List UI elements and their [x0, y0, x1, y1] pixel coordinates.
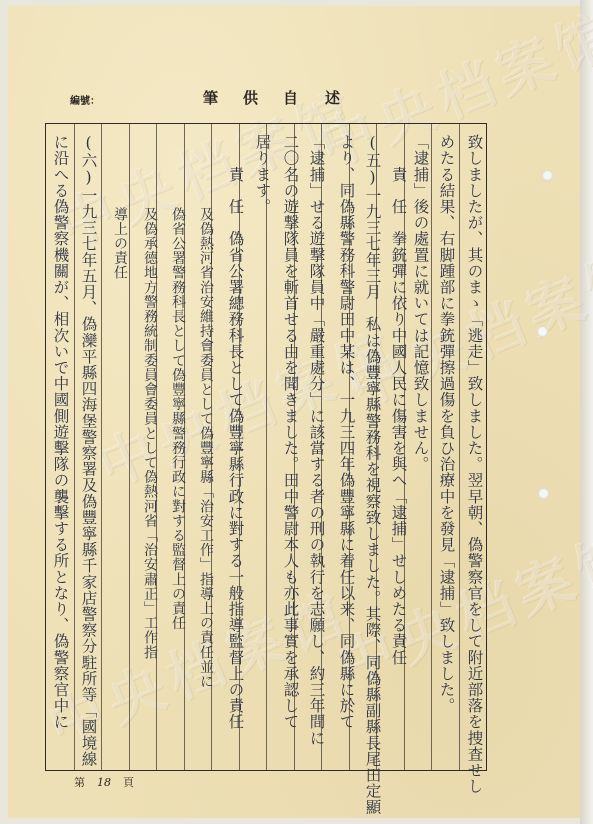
document-number-label: 編號：	[70, 92, 100, 107]
text-column: 偽省公署警務科長として偽豐寧縣警務行政に對する監督上の責任	[171, 134, 185, 630]
text-column: より、同偽縣警務科警尉田中某は、一九三四年偽豐寧縣に着任以来、同偽縣に於て	[338, 134, 354, 730]
text-column: めたる結果、右脚踵部に拳銃彈擦過傷を負ひ治療中を發見「逮捕」致しました。	[438, 134, 454, 714]
grid-rule	[431, 124, 432, 770]
grid-rule	[129, 124, 130, 770]
text-column: (六)一九三七年五月、偽灤平縣四海堡警察署及偽豐寧縣千家店警察分駐所等「國境線	[80, 134, 96, 767]
text-column: に沿へる偽警察機關が、相次いで中國側遊擊隊の襲擊する所となり、偽警察官中に	[52, 134, 68, 730]
page-prefix: 第	[74, 776, 85, 789]
text-column: 居ります。	[254, 134, 270, 215]
text-column: 及偽熱河省治安維持會委員として偽豐寧縣「治安工作」指導上の責任並に	[199, 134, 213, 689]
grid-rule	[74, 124, 75, 770]
page-footer: 第18頁	[74, 774, 134, 790]
scan-edge	[580, 0, 593, 824]
grid-rule	[266, 124, 267, 770]
text-column: 責 任 拳銃彈に依り中國人民に傷害を與へ「逮捕」せしめたる責任	[390, 134, 406, 665]
grid-rule	[459, 124, 460, 770]
page-number: 18	[97, 776, 111, 789]
text-column: 二〇名の遊撃隊員を斬首せる由を聞きました。田中警尉本人も亦此事實を承認して	[282, 134, 298, 730]
text-column: 及偽承德地方警務統制委員會委員として偽熱河省「治安肅正」工作指	[143, 134, 157, 660]
title-char: 筆	[203, 87, 218, 108]
title-char: 述	[325, 87, 340, 108]
title-char: 自	[283, 87, 298, 108]
text-column: 責 任 偽省公署總務科長として偽豐寧縣行政に對する一般指導監督上の責任	[227, 134, 243, 730]
text-column: 「逮捕」後の處置に就いては記憶致しません。	[412, 134, 428, 472]
punch-hole	[542, 170, 553, 181]
text-column: (五)一九三七年三月 私は偽豐寧縣警務科を視察致しました。其際、同偽縣副縣長尾田…	[364, 134, 380, 815]
punch-hole	[538, 488, 549, 499]
title-char: 供	[243, 87, 258, 108]
text-column: 導上の責任	[113, 134, 127, 280]
grid-rule	[101, 124, 102, 770]
punch-hole	[537, 326, 548, 337]
text-column: 「逮捕」せる遊撃隊員中「嚴重處分」に該當する者の刑の執行を志願し、約三年間に	[308, 134, 324, 746]
page-suffix: 頁	[123, 776, 134, 789]
text-column: 致しましたが、其のまゝ「逃走」致しました。翌早朝、偽警察官をして附近部落を捜査せ…	[466, 134, 482, 794]
